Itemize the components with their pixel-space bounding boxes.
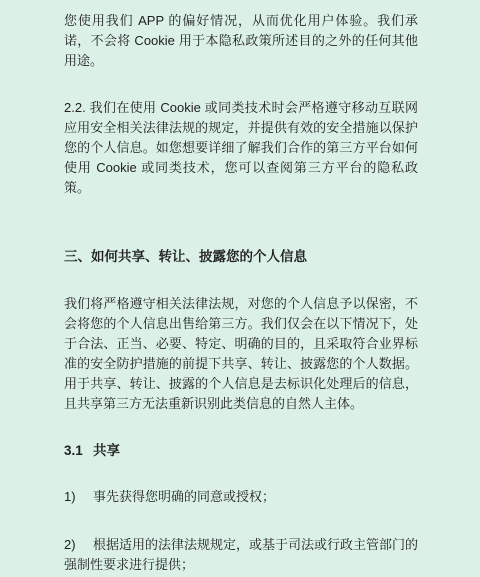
section-3-heading: 三、如何共享、转让、披露您的个人信息	[64, 247, 418, 267]
list-item-text: 根据适用的法律法规规定，或基于司法或行政主管部门的强制性要求进行提供；	[64, 537, 418, 572]
subsection-3-1-heading: 3.1共享	[64, 441, 418, 461]
subsection-number: 3.1	[64, 441, 93, 461]
subsection-label: 共享	[93, 443, 120, 458]
list-item-marker: 1)	[64, 487, 93, 507]
paragraph-clause-2-2: 2.2. 我们在使用 Cookie 或同类技术时会严格遵守移动互联网应用安全相关…	[64, 98, 418, 198]
share-condition-item-2: 2)根据适用的法律法规规定，或基于司法或行政主管部门的强制性要求进行提供；	[64, 535, 418, 575]
share-condition-item-1: 1)事先获得您明确的同意或授权；	[64, 487, 418, 507]
privacy-policy-page: 您使用我们 APP 的偏好情况，从而优化用户体验。我们承诺，不会将 Cookie…	[0, 0, 480, 577]
list-item-text: 事先获得您明确的同意或授权；	[93, 489, 275, 504]
paragraph-cookie-usage-tail: 您使用我们 APP 的偏好情况，从而优化用户体验。我们承诺，不会将 Cookie…	[64, 11, 418, 71]
policy-text-content: 您使用我们 APP 的偏好情况，从而优化用户体验。我们承诺，不会将 Cookie…	[0, 0, 480, 575]
list-item-marker: 2)	[64, 535, 93, 555]
paragraph-section-3-intro: 我们将严格遵守相关法律法规，对您的个人信息予以保密，不会将您的个人信息出售给第三…	[64, 294, 418, 414]
